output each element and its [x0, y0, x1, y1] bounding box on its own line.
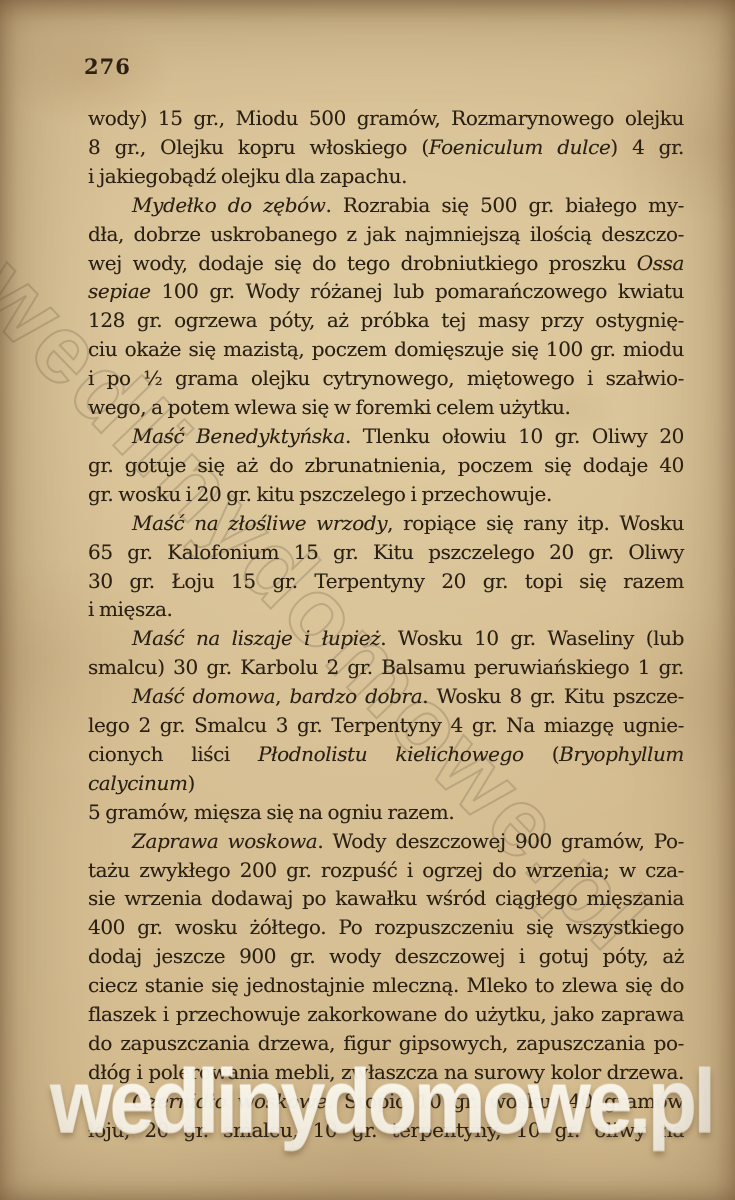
text-segment: wody) 15 gr., Miodu 500 gramów, Rozmaryn…	[88, 106, 684, 130]
text-segment: 100 gr. Wody różanej lub pomarańczowego …	[151, 279, 684, 303]
recipe-title-segment: Maść na złośliwe wrzody	[132, 511, 387, 535]
text-line: 400 gr. wosku żółtego. Po rozpuszczeniu …	[88, 913, 684, 942]
text-line: smalcu) 30 gr. Karbolu 2 gr. Balsamu per…	[88, 653, 684, 682]
text-line: Maść na złośliwe wrzody, ropiące się ran…	[88, 509, 684, 538]
text-segment: gr. wosku i 20 gr. kitu pszczelego i prz…	[88, 482, 552, 506]
text-line: Maść na liszaje i łupież. Wosku 10 gr. W…	[88, 624, 684, 653]
text-segment: dłóg i polerowania mebli, zwłaszcza na s…	[88, 1060, 684, 1084]
text-segment: 400 gr. wosku żółtego. Po rozpuszczeniu …	[88, 915, 684, 939]
text-line: 5 gramów, mięsza się na ogniu razem.	[88, 798, 684, 827]
text-line: Maść domowa, bardzo dobra. Wosku 8 gr. K…	[88, 682, 684, 711]
text-segment: ciecz stanie się jednostajnie mleczną. M…	[88, 973, 684, 997]
text-segment: tażu zwykłego 200 gr. rozpuść i ogrzej d…	[88, 858, 684, 882]
text-line: łoju, 20 gr. smalcu, 10 gr. terpentyny, …	[88, 1116, 684, 1145]
text-segment: 128 gr. ogrzewa póty, aż próbka tej masy…	[88, 308, 684, 332]
page-number: 276	[84, 54, 131, 79]
text-line: i po ½ grama olejku cytrynowego, miętowe…	[88, 364, 684, 393]
text-line: dłóg i polerowania mebli, zwłaszcza na s…	[88, 1058, 684, 1087]
recipe-title-segment: Maść Benedyktyńska	[132, 424, 345, 448]
text-segment: (	[524, 742, 560, 766]
text-segment: i mięsza.	[88, 597, 172, 621]
text-line: Czernidło woskowe. Stopić 10 gr. wosku, …	[88, 1087, 684, 1116]
text-segment: 65 gr. Kalofonium 15 gr. Kitu pszczelego…	[88, 540, 684, 564]
text-segment: . Wosku 10 gr. Waseliny (lub	[380, 626, 684, 650]
text-segment: lego 2 gr. Smalcu 3 gr. Terpentyny 4 gr.…	[88, 713, 684, 737]
body-text: wody) 15 gr., Miodu 500 gramów, Rozmaryn…	[88, 104, 684, 1145]
text-segment: 30 gr. Łoju 15 gr. Terpentyny 20 gr. top…	[88, 569, 684, 593]
recipe-title-segment: Ossa	[637, 251, 684, 275]
text-segment: flaszek i przechowuje zakorkowane do uży…	[88, 1002, 684, 1026]
text-segment: cionych liści	[88, 742, 258, 766]
text-line: Mydełko do zębów. Rozrabia się 500 gr. b…	[88, 191, 684, 220]
recipe-title-segment: Płodnolistu kielichowego	[258, 742, 524, 766]
text-line: cionych liści Płodnolistu kielichowego (…	[88, 740, 684, 798]
text-line: gr. gotuje się aż do zbrunatnienia, pocz…	[88, 451, 684, 480]
text-segment: dodaj jeszcze 900 gr. wody deszczowej i …	[88, 944, 684, 968]
text-segment: smalcu) 30 gr. Karbolu 2 gr. Balsamu per…	[88, 655, 684, 679]
text-segment: . Tlenku ołowiu 10 gr. Oliwy 20	[345, 424, 684, 448]
text-segment: wej wody, dodaje się do tego drobniutkie…	[88, 251, 637, 275]
text-line: i jakiegobądź olejku dla zapachu.	[88, 162, 684, 191]
text-line: ciu okaże się mazistą, poczem domięszuje…	[88, 335, 684, 364]
text-segment: sie wrzenia dodawaj po kawałku wśród cią…	[88, 886, 684, 910]
recipe-title-segment: Mydełko do zębów	[132, 193, 326, 217]
text-line: i mięsza.	[88, 595, 684, 624]
text-line: flaszek i przechowuje zakorkowane do uży…	[88, 1000, 684, 1029]
text-line: dła, dobrze uskrobanego z jak najmniejsz…	[88, 220, 684, 249]
text-segment: ) 4 gr.	[610, 135, 684, 159]
recipe-title-segment: Maść na liszaje i łupież	[132, 626, 380, 650]
recipe-title-segment: Foeniculum dulce	[429, 135, 611, 159]
text-segment: gr. gotuje się aż do zbrunatnienia, pocz…	[88, 453, 684, 477]
text-line: Zaprawa woskowa. Wody deszczowej 900 gra…	[88, 827, 684, 856]
text-line: 65 gr. Kalofonium 15 gr. Kitu pszczelego…	[88, 538, 684, 567]
recipe-title-segment: bardzo dobra	[289, 684, 422, 708]
text-line: wody) 15 gr., Miodu 500 gramów, Rozmaryn…	[88, 104, 684, 133]
text-segment: ciu okaże się mazistą, poczem domięszuje…	[88, 337, 684, 361]
text-line: 8 gr., Olejku kopru włoskiego (Foeniculu…	[88, 133, 684, 162]
text-line: wego, a potem wlewa się w foremki celem …	[88, 393, 684, 422]
text-segment: łoju, 20 gr. smalcu, 10 gr. terpentyny, …	[88, 1118, 684, 1142]
recipe-title-segment: Czernidło woskowe	[132, 1089, 327, 1113]
text-line: dodaj jeszcze 900 gr. wody deszczowej i …	[88, 942, 684, 971]
recipe-title-segment: Zaprawa woskowa	[132, 829, 317, 853]
text-line: 30 gr. Łoju 15 gr. Terpentyny 20 gr. top…	[88, 567, 684, 596]
text-segment: , ropiące się rany itp. Wosku	[387, 511, 684, 535]
text-segment: 5 gramów, mięsza się na ogniu razem.	[88, 800, 454, 824]
book-page-scan: wedlinydomowe.pl 276 wody) 15 gr., Miodu…	[0, 0, 735, 1200]
text-line: Maść Benedyktyńska. Tlenku ołowiu 10 gr.…	[88, 422, 684, 451]
recipe-title-segment: sepiae	[88, 279, 151, 303]
text-segment: )	[188, 771, 195, 795]
text-segment: do zapuszczania drzewa, figur gipsowych,…	[88, 1031, 684, 1055]
text-line: gr. wosku i 20 gr. kitu pszczelego i prz…	[88, 480, 684, 509]
text-line: tażu zwykłego 200 gr. rozpuść i ogrzej d…	[88, 856, 684, 885]
text-line: do zapuszczania drzewa, figur gipsowych,…	[88, 1029, 684, 1058]
text-segment: i po ½ grama olejku cytrynowego, miętowe…	[88, 366, 684, 390]
text-segment: . Wody deszczowej 900 gramów, Po-	[317, 829, 684, 853]
text-line: sepiae 100 gr. Wody różanej lub pomarańc…	[88, 277, 684, 306]
text-line: sie wrzenia dodawaj po kawałku wśród cią…	[88, 884, 684, 913]
text-line: ciecz stanie się jednostajnie mleczną. M…	[88, 971, 684, 1000]
text-segment: . Wosku 8 gr. Kitu pszcze-	[422, 684, 684, 708]
text-segment: wego, a potem wlewa się w foremki celem …	[88, 395, 571, 419]
text-line: 128 gr. ogrzewa póty, aż próbka tej masy…	[88, 306, 684, 335]
text-line: wej wody, dodaje się do tego drobniutkie…	[88, 249, 684, 278]
text-segment: ,	[275, 684, 289, 708]
text-segment: 8 gr., Olejku kopru włoskiego (	[88, 135, 429, 159]
text-segment: . Stopić 10 gr. wosku, 40 gramów	[327, 1089, 684, 1113]
text-segment: i jakiegobądź olejku dla zapachu.	[88, 164, 407, 188]
text-segment: dła, dobrze uskrobanego z jak najmniejsz…	[88, 222, 684, 246]
recipe-title-segment: Maść domowa	[132, 684, 275, 708]
text-segment: . Rozrabia się 500 gr. białego my-	[326, 193, 684, 217]
text-line: lego 2 gr. Smalcu 3 gr. Terpentyny 4 gr.…	[88, 711, 684, 740]
